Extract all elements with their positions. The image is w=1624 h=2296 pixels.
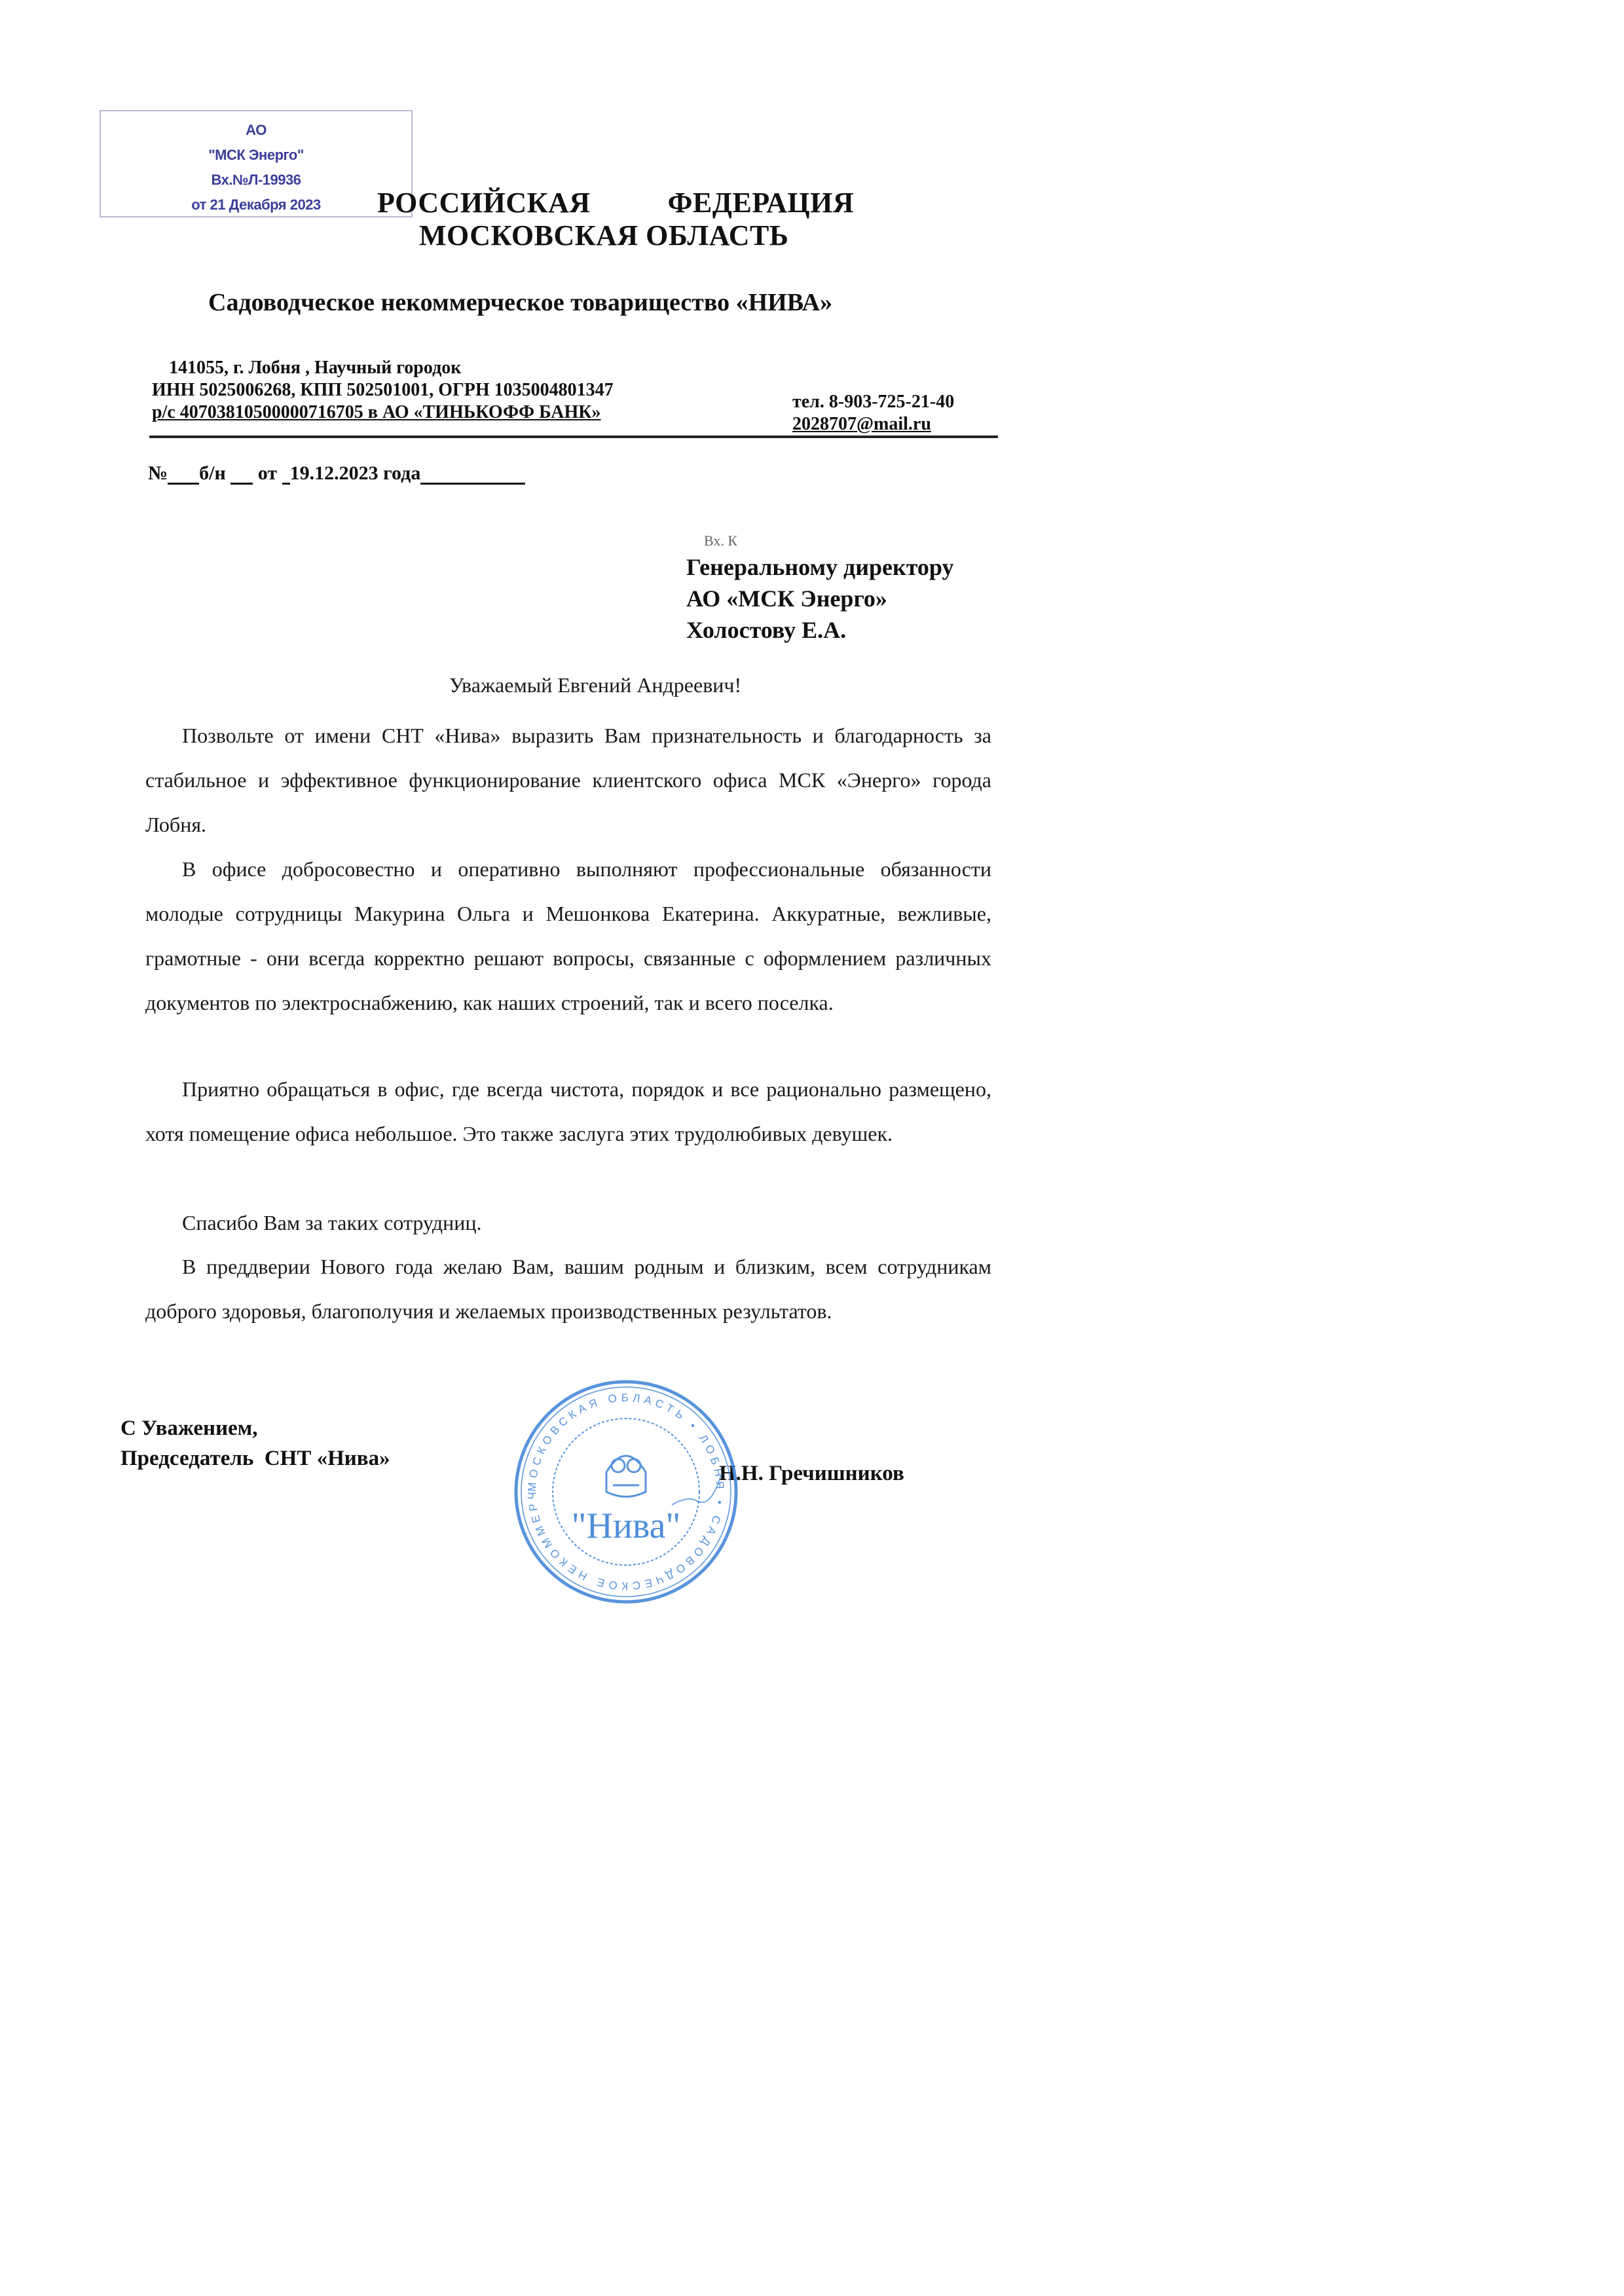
outgoing-reference: №б/н от 19.12.2023 года xyxy=(148,462,525,485)
seal-emblem-icon xyxy=(606,1456,646,1497)
ref-date-label: от xyxy=(258,462,277,484)
org-registration: ИНН 5025006268, КПП 502501001, ОГРН 1035… xyxy=(152,379,614,401)
country-right: ФЕДЕРАЦИЯ xyxy=(668,187,855,219)
body-paragraph-2: В офисе добросовестно и оперативно выпол… xyxy=(145,847,991,1025)
addressee-handwritten-mark: Вх. К xyxy=(704,532,737,549)
org-address: 141055, г. Лобня , Научный городок xyxy=(169,357,461,379)
stamp-line-org-name: "МСК Энерго" xyxy=(101,143,411,168)
stamp-line-org-type: АО xyxy=(101,118,411,143)
closing-phrase: С Уважением, xyxy=(120,1413,390,1443)
seal-center-text: "Нива" xyxy=(572,1506,681,1546)
addressee-company: АО «МСК Энерго» xyxy=(686,583,953,614)
country-left: РОССИЙСКАЯ xyxy=(377,187,591,219)
letterhead-region: МОСКОВСКАЯ ОБЛАСТЬ xyxy=(419,219,788,252)
body-paragraph-3: Приятно обращаться в офис, где всегда чи… xyxy=(145,1067,991,1156)
letterhead-divider xyxy=(149,435,998,438)
organization-name: Садоводческое некоммерческое товариществ… xyxy=(208,288,832,317)
letterhead-country: РОССИЙСКАЯФЕДЕРАЦИЯ xyxy=(377,186,854,219)
stamp-line-reg-date: от 21 Декабря 2023 xyxy=(101,193,411,217)
body-paragraph-4: Спасибо Вам за таких сотрудниц. xyxy=(145,1200,991,1245)
ref-number-value: б/н xyxy=(199,462,226,484)
org-email: 2028707@mail.ru xyxy=(792,413,931,435)
ref-year-word: года xyxy=(383,462,420,484)
signatory-name: Н.Н. Гречишников xyxy=(719,1462,904,1486)
body-paragraph-5: В преддверии Нового года желаю Вам, ваши… xyxy=(145,1244,991,1333)
ref-date-value: 19.12.2023 xyxy=(290,462,378,484)
addressee-position: Генеральному директору xyxy=(686,551,953,583)
addressee-name: Холостову Е.А. xyxy=(686,614,953,646)
org-phone: тел. 8-903-725-21-40 xyxy=(792,391,954,413)
signature-block: С Уважением, Председатель СНТ «Нива» xyxy=(120,1413,390,1473)
salutation: Уважаемый Евгений Андреевич! xyxy=(449,673,741,697)
org-bank-account: р/с 40703810500000716705 в АО «ТИНЬКОФФ … xyxy=(152,401,601,424)
ref-number-label: № xyxy=(148,462,168,484)
stamp-line-reg-number: Вх.№Л-19936 xyxy=(101,168,411,193)
organization-seal: МОСКОВСКАЯ ОБЛАСТЬ • ЛОБНЯ • САДОВОДЧЕСК… xyxy=(508,1374,744,1610)
signatory-position: Председатель СНТ «Нива» xyxy=(120,1443,390,1473)
body-paragraph-1: Позвольте от имени СНТ «Нива» выразить В… xyxy=(145,713,991,847)
incoming-registration-stamp: АО "МСК Энерго" Вх.№Л-19936 от 21 Декабр… xyxy=(100,110,413,217)
addressee-block: Генеральному директору АО «МСК Энерго» Х… xyxy=(686,551,953,646)
